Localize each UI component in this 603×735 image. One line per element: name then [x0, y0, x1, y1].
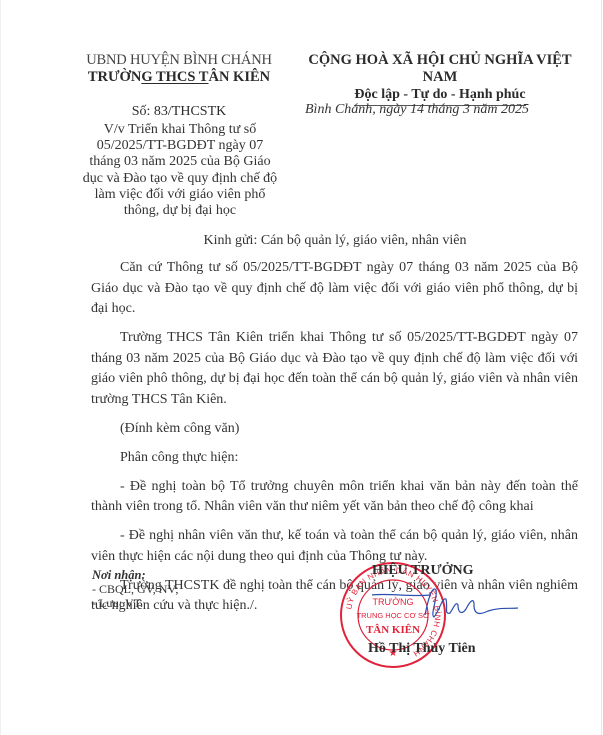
paragraph: - Đề nghị toàn bộ Tổ trưởng chuyên môn t…	[91, 477, 578, 518]
recipient-item: - Lưu: VT.	[92, 596, 292, 610]
page-edge-right	[601, 0, 602, 735]
page-edge-left	[0, 0, 1, 735]
document-subject: V/v Triển khai Thông tư số 05/2025/TT-BG…	[80, 122, 280, 219]
signer-name: Hồ Thị Thủy Tiên	[368, 641, 508, 657]
date-line: Bình Chánh, ngày 14 tháng 3 năm 2025	[305, 102, 590, 118]
paragraph: Căn cứ Thông tư số 05/2025/TT-BGDĐT ngày…	[91, 258, 578, 320]
school-name-line: TRƯỜNG THCS TÂN KIÊN	[70, 69, 288, 86]
handwritten-signature	[370, 575, 520, 635]
recipients-block: Nơi nhận: - CBQL, GV, NV; - Lưu: VT.	[92, 568, 292, 610]
paragraph: - Đề nghị nhân viên văn thư, kế toán và …	[91, 526, 578, 567]
authority-line: UBND HUYỆN BÌNH CHÁNH	[70, 52, 288, 69]
recipients-title: Nơi nhận:	[92, 568, 292, 582]
recipient-item: - CBQL, GV, NV;	[92, 582, 292, 596]
paragraph: Trường THCS Tân Kiên triển khai Thông tư…	[91, 328, 578, 410]
signer-title: HIỆU TRƯỞNG	[372, 563, 512, 579]
paragraph: (Đính kèm công văn)	[91, 419, 578, 440]
school-name-part: ÂN KIÊN	[208, 69, 270, 85]
addressee: Kinh gửi: Cán bộ quản lý, giáo viên, nhâ…	[80, 233, 590, 249]
school-name-underlined: G THCS T	[141, 69, 208, 85]
paragraph: Phân công thực hiện:	[91, 448, 578, 469]
school-name-part: TRƯỜN	[88, 69, 141, 85]
national-header: CỘNG HOÀ XÃ HỘI CHỦ NGHĨA VIỆT NAM Độc l…	[290, 52, 590, 106]
national-title: CỘNG HOÀ XÃ HỘI CHỦ NGHĨA VIỆT NAM	[290, 52, 590, 86]
issuing-authority-header: UBND HUYỆN BÌNH CHÁNH TRƯỜNG THCS TÂN KI…	[70, 52, 288, 86]
document-number: Số: 83/THCSTK	[70, 103, 288, 121]
